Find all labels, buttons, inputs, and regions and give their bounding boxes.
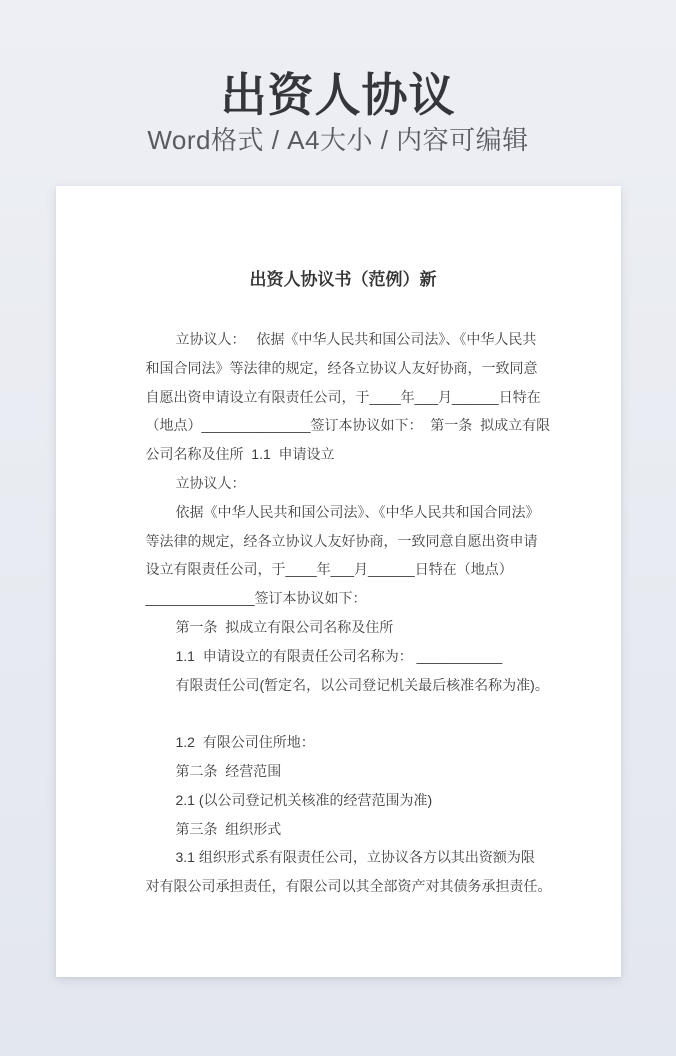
document-title: 出资人协议书（范例）新 (146, 270, 541, 290)
doc-line: 立协议人： 依据《中华人民共和国公司法》、《中华人民共 (146, 325, 541, 354)
document-page: 出资人协议书（范例）新 立协议人： 依据《中华人民共和国公司法》、《中华人民共和… (56, 186, 621, 977)
doc-line: 第一条 拟成立有限公司名称及住所 (146, 613, 541, 642)
doc-line: 公司名称及住所 1.1 申请设立 (146, 440, 541, 469)
doc-line: 第三条 组织形式 (146, 815, 541, 844)
template-preview: { "theme": { "background_top": "#edeff4"… (0, 0, 676, 1056)
doc-line: 1.2 有限公司住所地： (146, 728, 541, 757)
doc-line: （地点）______________签订本协议如下： 第一条 拟成立有限 (146, 411, 541, 440)
doc-line: 3.1 组织形式系有限责任公司，立协议各方以其出资额为限 (146, 843, 541, 872)
doc-line: 有限责任公司(暂定名，以公司登记机关最后核准名称为准)。 (146, 671, 541, 700)
doc-line: ______________签订本协议如下： (146, 584, 541, 613)
doc-line: 第二条 经营范围 (146, 757, 541, 786)
template-title: 出资人协议 (0, 70, 676, 120)
doc-line: 立协议人： (146, 469, 541, 498)
doc-line (146, 699, 541, 728)
doc-line: 等法律的规定，经各立协议人友好协商，一致同意自愿出资申请 (146, 527, 541, 556)
doc-line: 对有限公司承担责任，有限公司以其全部资产对其债务承担责任。 (146, 872, 541, 901)
preview-header: 出资人协议 Word格式 / A4大小 / 内容可编辑 (0, 0, 676, 154)
doc-line: 自愿出资申请设立有限责任公司，于____年___月______日特在 (146, 383, 541, 412)
doc-line: 设立有限责任公司，于____年___月______日特在（地点） (146, 555, 541, 584)
doc-line: 和国合同法》等法律的规定，经各立协议人友好协商，一致同意 (146, 354, 541, 383)
doc-line: 2.1 (以公司登记机关核准的经营范围为准) (146, 786, 541, 815)
doc-body: 立协议人： 依据《中华人民共和国公司法》、《中华人民共和国合同法》等法律的规定，… (146, 325, 541, 901)
doc-line: 依据《中华人民共和国公司法》、《中华人民共和国合同法》 (146, 498, 541, 527)
template-subtitle: Word格式 / A4大小 / 内容可编辑 (0, 126, 676, 154)
doc-line: 1.1 申请设立的有限责任公司名称为： ___________ (146, 642, 541, 671)
